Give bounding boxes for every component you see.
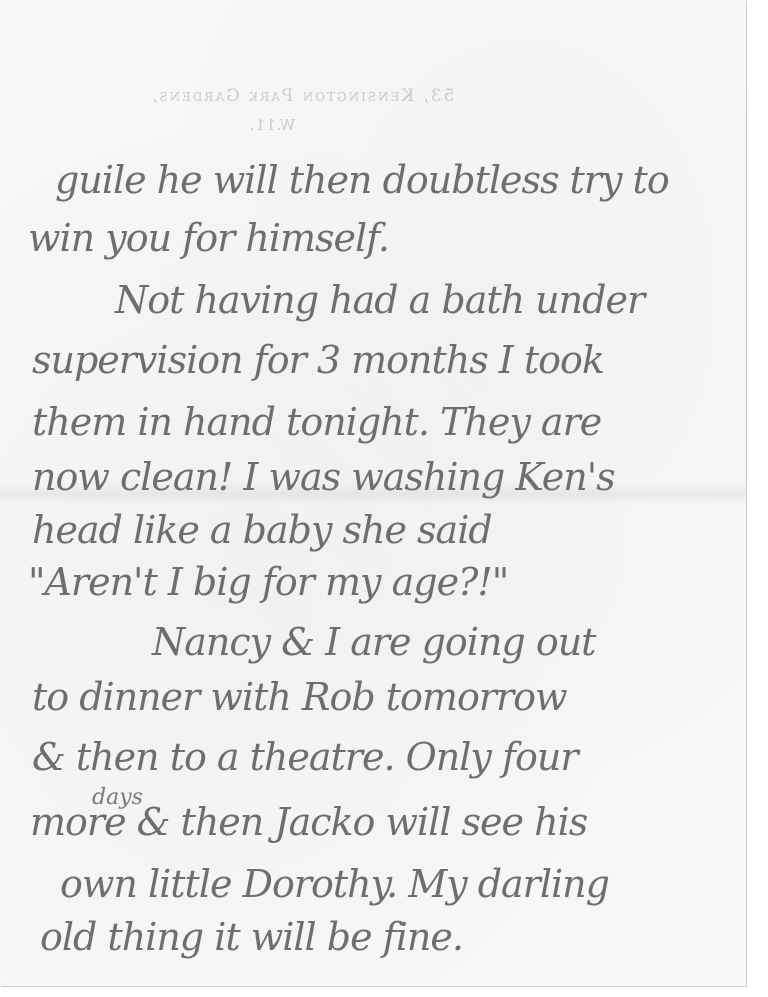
letter-line-2: win you for himself. (28, 216, 389, 260)
letter-line-7: head like a baby she said (32, 508, 492, 552)
letter-line-10: to dinner with Rob tomorrow (32, 675, 567, 719)
letter-line-12: more & then Jacko will see his (30, 800, 587, 844)
letter-line-1: guile he will then doubtless try to (55, 158, 669, 202)
letter-line-14: old thing it will be fine. (40, 915, 463, 959)
letter-line-3: Not having had a bath under (115, 278, 644, 322)
letterhead-district: W.11. (212, 116, 332, 134)
letter-page: 53, Kensington Park Gardens, W.11. guile… (0, 0, 746, 986)
letter-line-11: & then to a theatre. Only four (32, 735, 578, 779)
letter-line-8: "Aren't I big for my age?!" (28, 560, 508, 604)
letter-line-6: now clean! I was washing Ken's (32, 455, 615, 499)
letter-line-9: Nancy & I are going out (152, 620, 595, 664)
letter-line-13: own little Dorothy. My darling (60, 862, 609, 906)
letterhead-address: 53, Kensington Park Gardens, (150, 86, 590, 106)
letter-line-5: them in hand tonight. They are (32, 400, 601, 444)
letter-line-4: supervision for 3 months I took (32, 338, 604, 382)
